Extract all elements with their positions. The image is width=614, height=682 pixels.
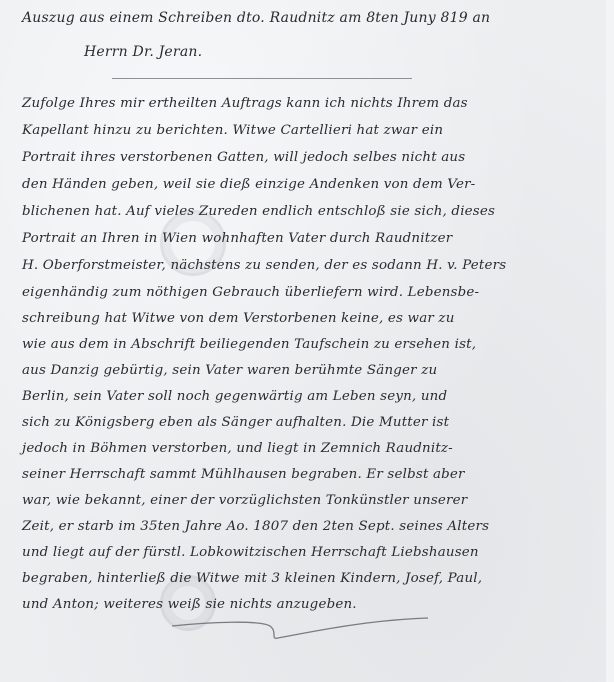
body-line: Portrait ihres verstorbenen Gatten, will… xyxy=(22,150,465,165)
body-line: sich zu Königsberg eben als Sänger aufha… xyxy=(22,415,449,430)
body-line: war, wie bekannt, einer der vorzüglichst… xyxy=(22,493,467,508)
heading-underline xyxy=(112,78,412,79)
page-edge xyxy=(606,0,614,682)
body-line: seiner Herrschaft sammt Mühlhausen begra… xyxy=(22,467,465,482)
body-line: Berlin, sein Vater soll noch gegenwärtig… xyxy=(22,389,447,404)
body-line: begraben, hinterließ die Witwe mit 3 kle… xyxy=(22,571,482,586)
body-line: Kapellant hinzu zu berichten. Witwe Cart… xyxy=(22,123,443,138)
body-line: blichenen hat. Auf vieles Zureden endlic… xyxy=(22,204,495,219)
closing-flourish xyxy=(170,612,430,652)
heading-line: Auszug aus einem Schreiben dto. Raudnitz… xyxy=(22,10,490,26)
body-line: Portrait an Ihren in Wien wohnhaften Vat… xyxy=(22,231,452,246)
body-line: Zufolge Ihres mir ertheilten Auftrags ka… xyxy=(22,96,468,111)
body-line: und liegt auf der fürstl. Lobkowitzische… xyxy=(22,545,479,560)
heading-line: Herrn Dr. Jeran. xyxy=(84,44,202,60)
body-line: eigenhändig zum nöthigen Gebrauch überli… xyxy=(22,285,479,300)
body-line: Zeit, er starb im 35ten Jahre Ao. 1807 d… xyxy=(22,519,489,534)
library-stamp-text: ​ xyxy=(236,250,250,255)
body-line: schreibung hat Witwe von dem Verstorbene… xyxy=(22,311,455,326)
body-line: aus Danzig gebürtig, sein Vater waren be… xyxy=(22,363,437,378)
body-line: den Händen geben, weil sie dieß einzige … xyxy=(22,177,475,192)
body-line: jedoch in Böhmen verstorben, und liegt i… xyxy=(22,441,453,456)
body-line: und Anton; weiteres weiß sie nichts anzu… xyxy=(22,597,357,612)
body-line: H. Oberforstmeister, nächstens zu senden… xyxy=(22,258,506,273)
manuscript-page: ​ Auszug aus einem Schreiben dto. Raudni… xyxy=(0,0,607,682)
body-line: wie aus dem in Abschrift beiliegenden Ta… xyxy=(22,337,476,352)
